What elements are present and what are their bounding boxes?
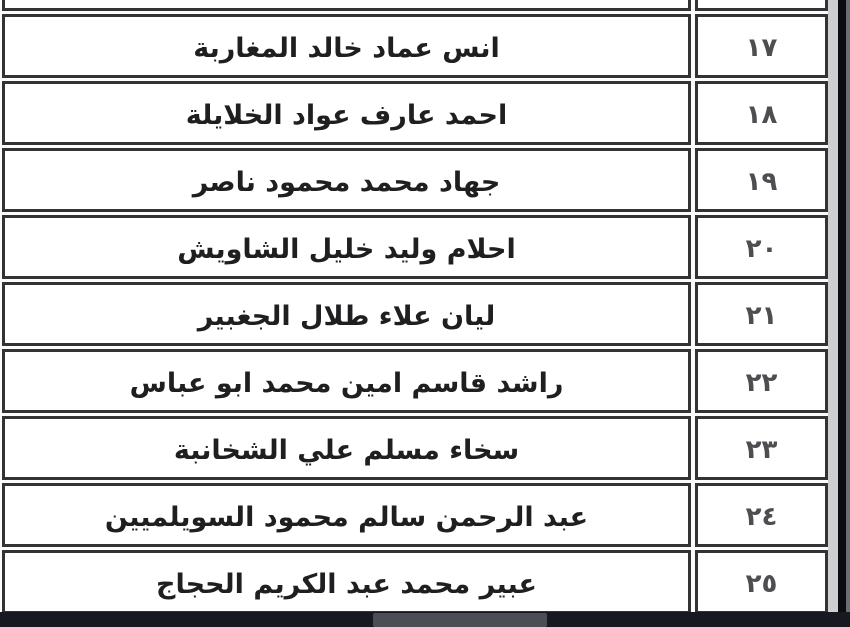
viewer-window: انس عماد خالد المغاربة ١٧ احمد عارف عواد… [0, 0, 850, 627]
scanned-page: انس عماد خالد المغاربة ١٧ احمد عارف عواد… [0, 0, 850, 612]
row-number-cell: ١٨ [695, 81, 828, 145]
student-name-cell: جهاد محمد محمود ناصر [2, 148, 691, 212]
student-name: عبد الرحمن سالم محمود السويلميين [105, 500, 588, 531]
student-name-cell: احمد عارف عواد الخلايلة [2, 81, 691, 145]
table-row [2, 0, 828, 11]
row-number-cell: ١٧ [695, 14, 828, 78]
table-row: انس عماد خالد المغاربة ١٧ [2, 14, 828, 78]
table-row: عبير محمد عبد الكريم الحجاج ٢٥ [2, 550, 828, 612]
student-table: انس عماد خالد المغاربة ١٧ احمد عارف عواد… [2, 0, 828, 612]
row-number: ٢٢ [746, 367, 778, 396]
table-row: احمد عارف عواد الخلايلة ١٨ [2, 81, 828, 145]
student-name-cell: ليان علاء طلال الجغبير [2, 282, 691, 346]
row-number-cell: ٢٢ [695, 349, 828, 413]
student-name: ليان علاء طلال الجغبير [198, 299, 496, 330]
student-name: جهاد محمد محمود ناصر [193, 165, 501, 196]
row-number: ٢٤ [746, 501, 778, 530]
student-name: احمد عارف عواد الخلايلة [186, 98, 507, 129]
horizontal-scrollbar-track[interactable] [0, 612, 850, 627]
row-number-cell: ٢٣ [695, 416, 828, 480]
table-row: احلام وليد خليل الشاويش ٢٠ [2, 215, 828, 279]
student-name: راشد قاسم امين محمد ابو عباس [130, 366, 564, 397]
row-number-cell: ١٩ [695, 148, 828, 212]
row-number-cell [695, 0, 828, 11]
row-number-cell: ٢٤ [695, 483, 828, 547]
row-number-cell: ٢٥ [695, 550, 828, 612]
student-name: سخاء مسلم علي الشخانبة [174, 433, 519, 464]
scan-edge-highlight [846, 0, 850, 612]
row-number: ١٨ [746, 99, 778, 128]
horizontal-scrollbar-thumb[interactable] [373, 613, 547, 627]
student-name-cell: عبد الرحمن سالم محمود السويلميين [2, 483, 691, 547]
student-name-cell: عبير محمد عبد الكريم الحجاج [2, 550, 691, 612]
table-row: جهاد محمد محمود ناصر ١٩ [2, 148, 828, 212]
row-number: ٢٠ [746, 233, 778, 262]
table-row: راشد قاسم امين محمد ابو عباس ٢٢ [2, 349, 828, 413]
page-right-margin [828, 0, 838, 612]
student-name-cell: سخاء مسلم علي الشخانبة [2, 416, 691, 480]
row-number-cell: ٢١ [695, 282, 828, 346]
row-number: ١٧ [746, 32, 778, 61]
student-name: انس عماد خالد المغاربة [193, 31, 500, 62]
table-row: عبد الرحمن سالم محمود السويلميين ٢٤ [2, 483, 828, 547]
row-number: ٢١ [746, 300, 778, 329]
student-name-cell: احلام وليد خليل الشاويش [2, 215, 691, 279]
student-name: عبير محمد عبد الكريم الحجاج [156, 567, 537, 598]
row-number-cell: ٢٠ [695, 215, 828, 279]
student-name-cell: انس عماد خالد المغاربة [2, 14, 691, 78]
student-name-cell: راشد قاسم امين محمد ابو عباس [2, 349, 691, 413]
student-name: احلام وليد خليل الشاويش [177, 232, 515, 263]
table-row: سخاء مسلم علي الشخانبة ٢٣ [2, 416, 828, 480]
table-row: ليان علاء طلال الجغبير ٢١ [2, 282, 828, 346]
row-number: ١٩ [746, 166, 778, 195]
scan-edge [838, 0, 846, 612]
row-number: ٢٥ [746, 568, 778, 597]
student-name-cell [2, 0, 691, 11]
row-number: ٢٣ [746, 434, 778, 463]
